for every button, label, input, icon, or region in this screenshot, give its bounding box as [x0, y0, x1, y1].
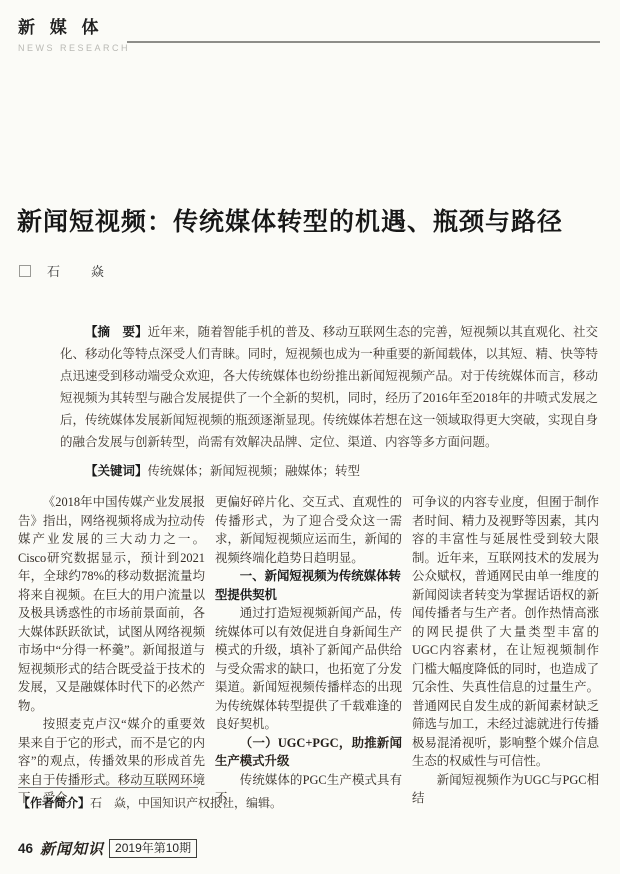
abstract-paragraph: 【摘 要】近年来，随着智能手机的普及、移动互联网生态的完善，短视频以其直观化、社… — [60, 321, 598, 453]
body-paragraph: 新闻短视频作为UGC与PGC相结 — [412, 771, 599, 808]
body-paragraph-continued: 更偏好碎片化、交互式、直观性的传播形式，为了迎合受众这一需求，新闻短视频应运而生… — [215, 493, 402, 567]
keywords-paragraph: 【关键词】传统媒体；新闻短视频；融媒体；转型 — [60, 460, 598, 482]
keywords-label: 【关键词】 — [85, 464, 148, 478]
author-bio-text: 石 焱，中国知识产权报社，编辑。 — [90, 796, 282, 810]
subsection-heading-1: （一）UGC+PGC，助推新闻生产模式升级 — [215, 734, 402, 771]
author-bio: 【作者简介】石 焱，中国知识产权报社，编辑。 — [18, 795, 418, 811]
author-bio-label: 【作者简介】 — [18, 796, 90, 810]
journal-page: 新 媒 体 NEWS RESEARCH 新闻短视频：传统媒体转型的机遇、瓶颈与路… — [0, 0, 620, 874]
section-title-cn: 新 媒 体 — [18, 13, 130, 38]
footnote-rule — [18, 787, 198, 788]
author-name: 石 焱 — [47, 261, 113, 280]
journal-name: 新闻知识 — [40, 838, 104, 859]
body-paragraph-continued: 可争议的内容专业度，但囿于制作者时间、精力及视野等因素，其内容的丰富性与延展性受… — [412, 493, 599, 771]
body-column-3: 可争议的内容专业度，但囿于制作者时间、精力及视野等因素，其内容的丰富性与延展性受… — [412, 493, 599, 808]
section-title-en: NEWS RESEARCH — [18, 43, 130, 53]
masthead-rule — [127, 41, 600, 43]
page-number: 46 — [18, 841, 33, 856]
body-column-1: 《2018年中国传媒产业发展报告》指出，网络视频将成为拉动传媒产业发展的三大动力… — [18, 493, 205, 808]
author-square-icon — [19, 265, 31, 277]
body-columns: 《2018年中国传媒产业发展报告》指出，网络视频将成为拉动传媒产业发展的三大动力… — [18, 493, 600, 808]
abstract-label: 【摘 要】 — [85, 325, 148, 339]
author-note: 【作者简介】石 焱，中国知识产权报社，编辑。 — [18, 787, 418, 811]
body-paragraph: 《2018年中国传媒产业发展报告》指出，网络视频将成为拉动传媒产业发展的三大动力… — [18, 493, 205, 715]
section-heading-1: 一、新闻短视频为传统媒体转型提供契机 — [215, 567, 402, 604]
body-paragraph: 通过打造短视频新闻产品，传统媒体可以有效促进自身新闻生产模式的升级，填补了新闻产… — [215, 604, 402, 734]
issue-badge: 2019年第10期 — [109, 839, 197, 858]
body-column-2: 更偏好碎片化、交互式、直观性的传播形式，为了迎合受众这一需求，新闻短视频应运而生… — [215, 493, 402, 808]
article-title: 新闻短视频：传统媒体转型的机遇、瓶颈与路径 — [17, 202, 603, 238]
abstract-text: 近年来，随着智能手机的普及、移动互联网生态的完善，短视频以其直观化、社交化、移动… — [60, 325, 598, 449]
abstract-block: 【摘 要】近年来，随着智能手机的普及、移动互联网生态的完善，短视频以其直观化、社… — [60, 321, 598, 482]
keywords-text: 传统媒体；新闻短视频；融媒体；转型 — [148, 464, 361, 478]
masthead: 新 媒 体 NEWS RESEARCH — [18, 13, 130, 53]
page-footer: 46 新闻知识 2019年第10期 — [18, 838, 197, 859]
author-line: 石 焱 — [19, 261, 113, 280]
